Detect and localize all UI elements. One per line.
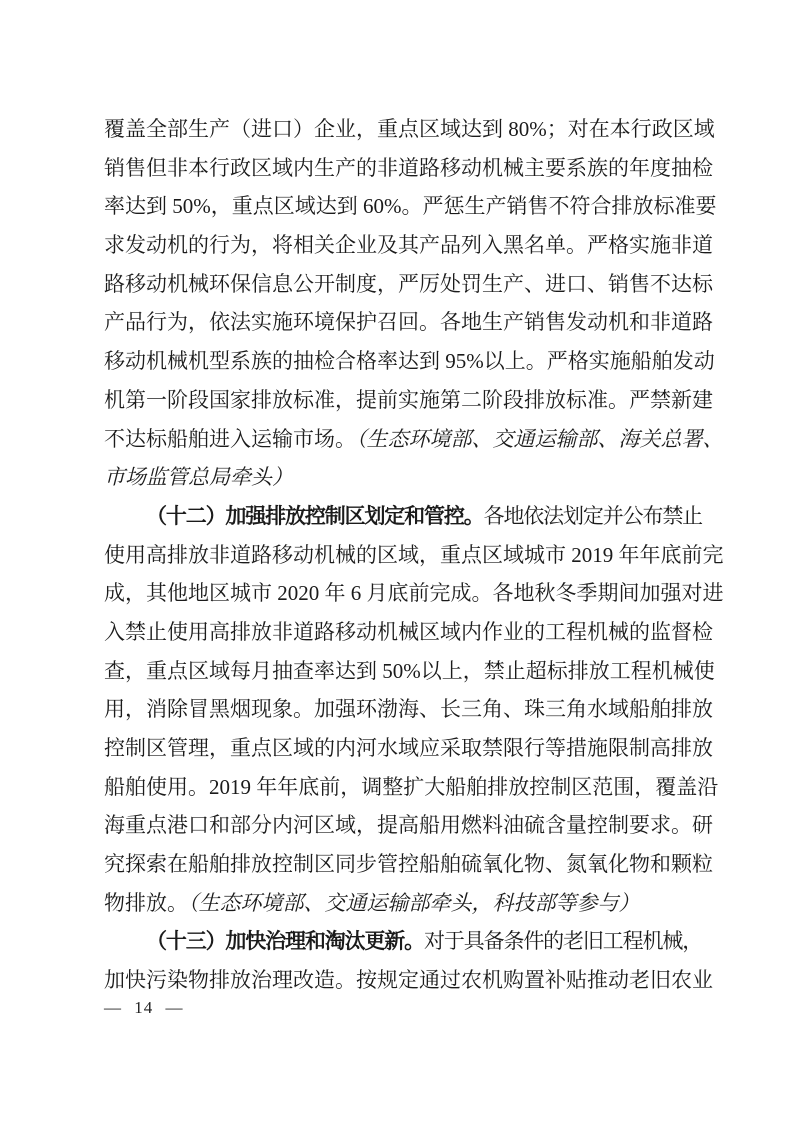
body-text: 产品行为，依法实施环境保护召回。各地生产销售发动机和非道路	[104, 310, 713, 334]
document-page: 覆盖全部生产（进口）企业，重点区域达到 80%；对在本行政区域 销售但非本行政区…	[0, 0, 793, 1122]
body-text: 移动机械机型系族的抽检合格率达到 95%以上。严格实施船舶发动	[104, 349, 715, 373]
body-text: 查，重点区域每月抽查率达到 50%以上，禁止超标排放工程机械使	[104, 659, 715, 683]
body-text: 使用高排放非道路移动机械的区域，重点区域城市 2019 年年底前完	[104, 543, 724, 567]
text-line: 究探索在船舶排放控制区同步管控船舶硫氧化物、氮氧化物和颗粒	[104, 845, 702, 884]
text-line: 查，重点区域每月抽查率达到 50%以上，禁止超标排放工程机械使	[104, 652, 702, 691]
section-heading: （十三）加快治理和淘汰更新。	[146, 929, 424, 953]
department-attribution: （生态环境部、交通运输部牵头，科技部等参与）	[188, 891, 640, 915]
text-line: 成，其他地区城市 2020 年 6 月底前完成。各地秋冬季期间加强对进	[104, 574, 702, 613]
text-block: 覆盖全部生产（进口）企业，重点区域达到 80%；对在本行政区域 销售但非本行政区…	[104, 110, 702, 1000]
text-line: 产品行为，依法实施环境保护召回。各地生产销售发动机和非道路	[104, 303, 702, 342]
text-line: 加快污染物排放治理改造。按规定通过农机购置补贴推动老旧农业	[104, 961, 702, 1000]
body-text: 率达到 50%，重点区域达到 60%。严惩生产销售不符合排放标准要	[104, 194, 716, 218]
text-line: 覆盖全部生产（进口）企业，重点区域达到 80%；对在本行政区域	[104, 110, 702, 149]
body-text: 海重点港口和部分内河区域，提高船用燃料油硫含量控制要求。研	[104, 813, 713, 837]
body-text: 对于具备条件的老旧工程机械，	[424, 929, 702, 953]
text-line: 用，消除冒黑烟现象。加强环渤海、长三角、珠三角水域船舶排放	[104, 690, 702, 729]
text-line: 求发动机的行为，将相关企业及其产品列入黑名单。严格实施非道	[104, 226, 702, 265]
text-line: 不达标船舶进入运输市场。（生态环境部、交通运输部、海关总署、	[104, 420, 702, 459]
body-text: 究探索在船舶排放控制区同步管控船舶硫氧化物、氮氧化物和颗粒	[104, 852, 713, 876]
text-line: 控制区管理，重点区域的内河水域应采取禁限行等措施限制高排放	[104, 729, 702, 768]
body-text: 路移动机械环保信息公开制度，严厉处罚生产、进口、销售不达标	[104, 272, 713, 296]
text-line: 路移动机械环保信息公开制度，严厉处罚生产、进口、销售不达标	[104, 265, 702, 304]
body-text: 成，其他地区城市 2020 年 6 月底前完成。各地秋冬季期间加强对进	[104, 581, 724, 605]
body-text: 加快污染物排放治理改造。按规定通过农机购置补贴推动老旧农业	[104, 968, 713, 992]
text-line: 市场监管总局牵头）	[104, 458, 702, 497]
body-text: 销售但非本行政区域内生产的非道路移动机械主要系族的年度抽检	[104, 156, 713, 180]
page-number: — 14 —	[104, 998, 184, 1018]
body-text: 不达标船舶进入运输市场。	[104, 427, 356, 451]
department-attribution: （生态环境部、交通运输部、海关总署、	[356, 427, 724, 451]
text-line: 物排放。（生态环境部、交通运输部牵头，科技部等参与）	[104, 884, 702, 923]
body-text: 覆盖全部生产（进口）企业，重点区域达到 80%；对在本行政区域	[104, 117, 715, 141]
text-line: 海重点港口和部分内河区域，提高船用燃料油硫含量控制要求。研	[104, 806, 702, 845]
body-text: 求发动机的行为，将相关企业及其产品列入黑名单。严格实施非道	[104, 233, 713, 257]
text-line: 销售但非本行政区域内生产的非道路移动机械主要系族的年度抽检	[104, 149, 702, 188]
body-text: 用，消除冒黑烟现象。加强环渤海、长三角、珠三角水域船舶排放	[104, 697, 713, 721]
text-line: 机第一阶段国家排放标准，提前实施第二阶段排放标准。严禁新建	[104, 381, 702, 420]
body-text: 控制区管理，重点区域的内河水域应采取禁限行等措施限制高排放	[104, 736, 713, 760]
body-text: 物排放。	[104, 891, 188, 915]
text-line: （十三）加快治理和淘汰更新。对于具备条件的老旧工程机械，	[104, 922, 702, 961]
department-attribution: 市场监管总局牵头）	[104, 465, 293, 489]
text-line: （十二）加强排放控制区划定和管控。各地依法划定并公布禁止	[104, 497, 702, 536]
text-line: 使用高排放非道路移动机械的区域，重点区域城市 2019 年年底前完	[104, 536, 702, 575]
body-text: 船舶使用。2019 年年底前，调整扩大船舶排放控制区范围，覆盖沿	[104, 775, 718, 799]
text-line: 入禁止使用高排放非道路移动机械区域内作业的工程机械的监督检	[104, 613, 702, 652]
text-line: 船舶使用。2019 年年底前，调整扩大船舶排放控制区范围，覆盖沿	[104, 768, 702, 807]
body-text: 入禁止使用高排放非道路移动机械区域内作业的工程机械的监督检	[104, 620, 713, 644]
text-line: 率达到 50%，重点区域达到 60%。严惩生产销售不符合排放标准要	[104, 187, 702, 226]
body-text: 各地依法划定并公布禁止	[484, 504, 702, 528]
text-line: 移动机械机型系族的抽检合格率达到 95%以上。严格实施船舶发动	[104, 342, 702, 381]
body-text: 机第一阶段国家排放标准，提前实施第二阶段排放标准。严禁新建	[104, 388, 713, 412]
section-heading: （十二）加强排放控制区划定和管控。	[146, 504, 484, 528]
